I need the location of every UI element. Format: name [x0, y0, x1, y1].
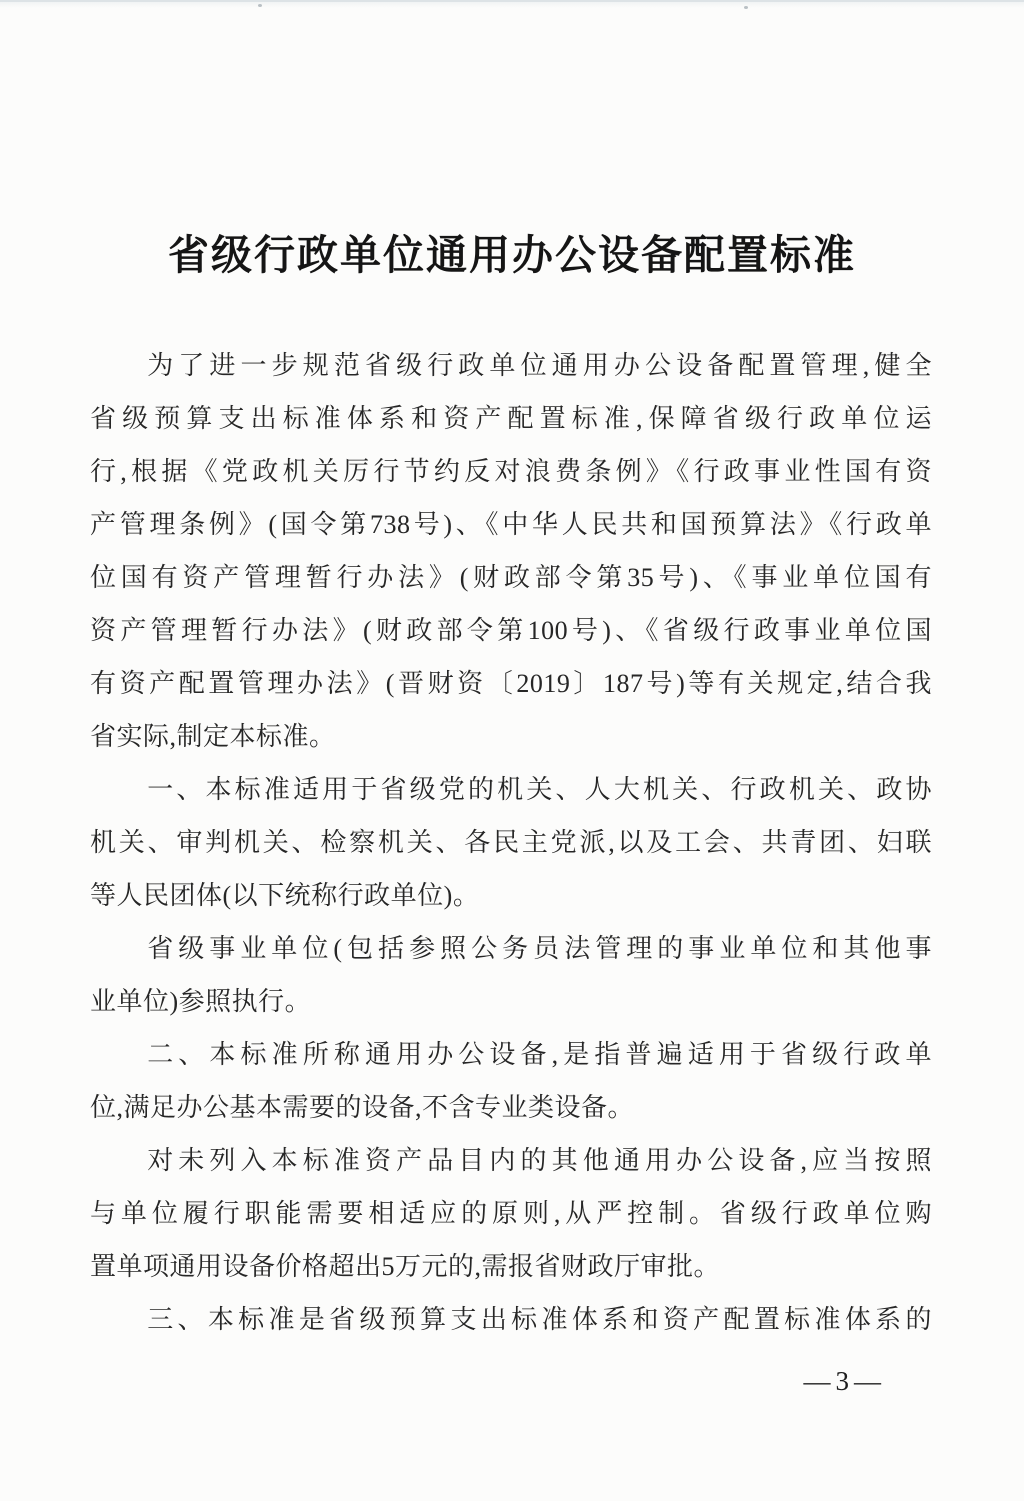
text-line: 等人民团体(以下统称行政单位)。 — [90, 869, 932, 922]
text-line: 省实际,制定本标准。 — [90, 710, 932, 763]
text-line: 行,根据《党政机关厉行节约反对浪费条例》《行政事业性国有资 — [90, 445, 932, 498]
text-line: 位国有资产管理暂行办法》(财政部令第35号)、《事业单位国有 — [90, 551, 932, 604]
document-page: 省级行政单位通用办公设备配置标准 为了进一步规范省级行政单位通用办公设备配置管理… — [0, 0, 1024, 1501]
text-line: 产管理条例》(国令第738号)、《中华人民共和国预算法》《行政单 — [90, 498, 932, 551]
page-number: —3— — [804, 1366, 887, 1397]
scan-speck — [744, 6, 748, 9]
text-line: 三、本标准是省级预算支出标准体系和资产配置标准体系的 — [90, 1293, 932, 1346]
text-line: 资产管理暂行办法》(财政部令第100号)、《省级行政事业单位国 — [90, 604, 932, 657]
text-line: 与单位履行职能需要相适应的原则,从严控制。省级行政单位购 — [90, 1187, 932, 1240]
text-line: 有资产配置管理办法》(晋财资〔2019〕187号)等有关规定,结合我 — [90, 657, 932, 710]
scan-top-edge — [0, 0, 1024, 2]
text-line: 一、本标准适用于省级党的机关、人大机关、行政机关、政协 — [90, 763, 932, 816]
document-body: 为了进一步规范省级行政单位通用办公设备配置管理,健全 省级预算支出标准体系和资产… — [90, 339, 932, 1346]
text-line: 业单位)参照执行。 — [90, 975, 932, 1028]
text-line: 二、本标准所称通用办公设备,是指普遍适用于省级行政单 — [90, 1028, 932, 1081]
scan-speck — [258, 4, 262, 7]
text-line: 置单项通用设备价格超出5万元的,需报省财政厅审批。 — [90, 1240, 932, 1293]
text-line: 省级事业单位(包括参照公务员法管理的事业单位和其他事 — [90, 922, 932, 975]
text-line: 位,满足办公基本需要的设备,不含专业类设备。 — [90, 1081, 932, 1134]
text-line: 为了进一步规范省级行政单位通用办公设备配置管理,健全 — [90, 339, 932, 392]
text-line: 省级预算支出标准体系和资产配置标准,保障省级行政单位运 — [90, 392, 932, 445]
text-line: 机关、审判机关、检察机关、各民主党派,以及工会、共青团、妇联 — [90, 816, 932, 869]
text-line: 对未列入本标准资产品目内的其他通用办公设备,应当按照 — [90, 1134, 932, 1187]
page-title: 省级行政单位通用办公设备配置标准 — [0, 222, 1024, 281]
